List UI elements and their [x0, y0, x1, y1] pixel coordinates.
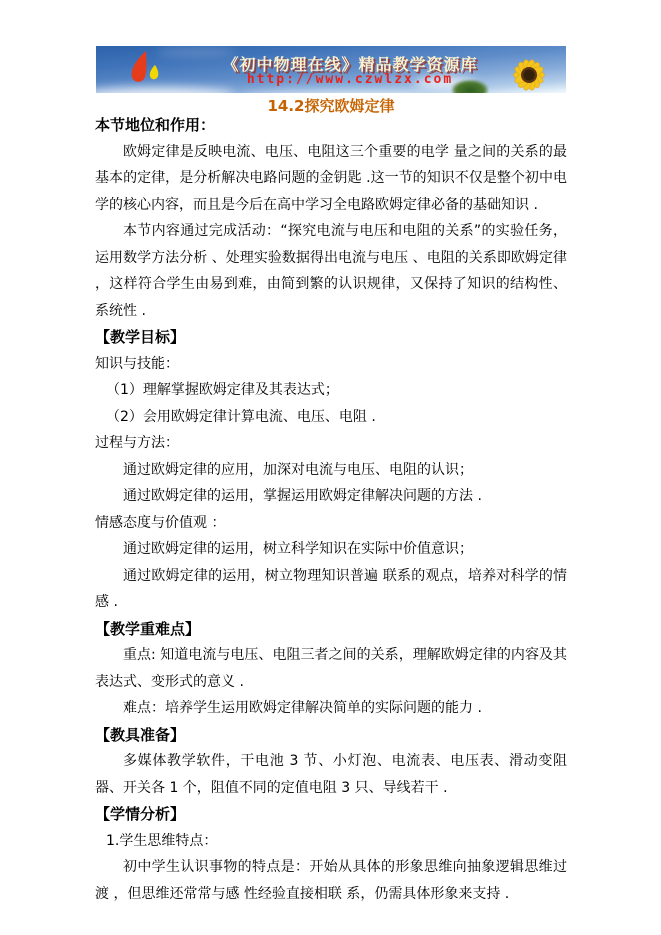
- paragraph: 通过欧姆定律的运用，树立物理知识普遍 联系的观点，培养对科学的情感 .: [95, 563, 567, 616]
- paragraph: 通过欧姆定律的运用，掌握运用欧姆定律解决问题的方法 .: [95, 483, 567, 510]
- sub-heading: 知识与技能：: [95, 351, 567, 378]
- document-body: 本节地位和作用：欧姆定律是反映电流、电压、电阻这三个重要的电学 量之间的关系的最…: [95, 112, 567, 907]
- foliage-decoration: [452, 80, 488, 93]
- paragraph: 多媒体教学软件，干电池 3 节、小灯泡、电流表、电压表、滑动变阻器、开关各 1 …: [95, 748, 567, 801]
- list-item: （2）会用欧姆定律计算电流、电压、电阻 .: [95, 404, 567, 431]
- paragraph: 通过欧姆定律的应用，加深对电流与电压、电阻的认识；: [95, 457, 567, 484]
- sub-heading: 情感态度与价值观 ：: [95, 510, 567, 537]
- section-heading: 本节地位和作用：: [95, 112, 567, 139]
- site-banner: 《初中物理在线》精品教学资源库 http://www.czwlzx.com: [96, 46, 566, 93]
- section-heading: 【学情分析】: [95, 801, 567, 828]
- cloud-decoration: [96, 87, 236, 93]
- list-item: （1）理解掌握欧姆定律及其表达式；: [95, 377, 567, 404]
- paragraph: 通过欧姆定律的运用，树立科学知识在实际中价值意识；: [95, 536, 567, 563]
- cloud-decoration: [236, 91, 426, 93]
- paragraph: 欧姆定律是反映电流、电压、电阻这三个重要的电学 量之间的关系的最基本的定律，是分…: [95, 139, 567, 219]
- section-heading: 【教具准备】: [95, 722, 567, 749]
- flame-logo-icon: [122, 50, 166, 88]
- sub-heading: 过程与方法：: [95, 430, 567, 457]
- list-item: 1.学生思维特点：: [95, 828, 567, 855]
- paragraph: 初中学生认识事物的特点是：开始从具体的形象思维向抽象逻辑思维过渡 ，但思维还常常…: [95, 854, 567, 907]
- document-page: 《初中物理在线》精品教学资源库 http://www.czwlzx.com 14…: [0, 0, 661, 935]
- section-heading: 【教学重难点】: [95, 616, 567, 643]
- paragraph: 难点：培养学生运用欧姆定律解决简单的实际问题的能力 .: [95, 695, 567, 722]
- sunflower-icon: [496, 49, 560, 93]
- section-heading: 【教学目标】: [95, 324, 567, 351]
- paragraph: 重点: 知道电流与电压、电阻三者之间的关系，理解欧姆定律的内容及其表达式、变形式…: [95, 642, 567, 695]
- paragraph: 本节内容通过完成活动：“探究电流与电压和电阻的关系”的实验任务，运用数学方法分析…: [95, 218, 567, 324]
